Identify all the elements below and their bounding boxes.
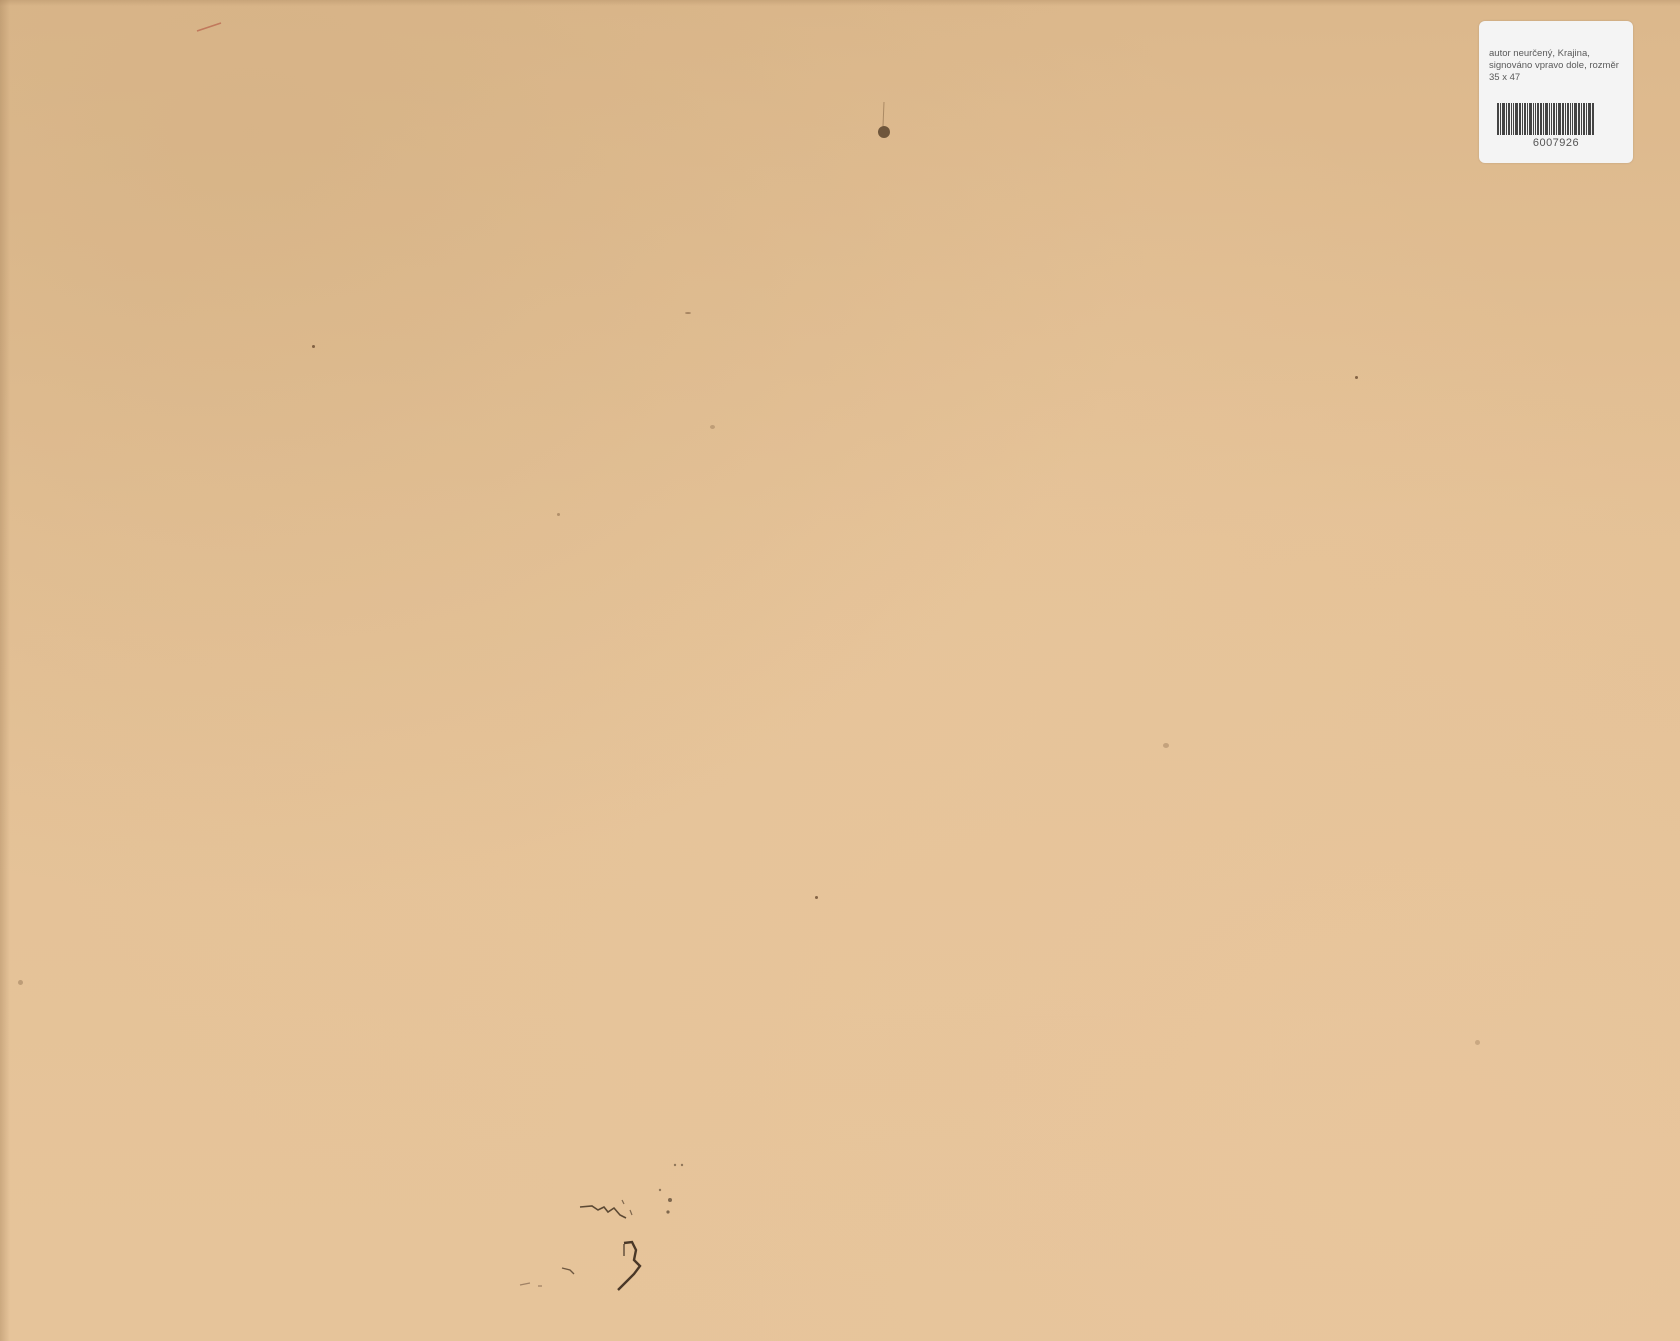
board-edge-top [0, 0, 1680, 6]
speck [312, 345, 315, 348]
speck [557, 513, 560, 516]
speck [685, 312, 691, 314]
speck [710, 425, 715, 429]
board-edge-left [0, 0, 10, 1341]
label-description: autor neurčený, Krajina, signováno vprav… [1489, 48, 1629, 84]
red-pencil-mark [195, 20, 225, 34]
speck [1475, 1040, 1480, 1045]
signature-marks [500, 1160, 700, 1300]
ink-mark [872, 100, 896, 144]
speck [815, 896, 818, 899]
cardboard-backing [0, 0, 1680, 1341]
speck [18, 980, 23, 985]
barcode-icon [1497, 103, 1609, 135]
inventory-label: autor neurčený, Krajina, signováno vprav… [1479, 21, 1633, 163]
speck [1163, 743, 1169, 748]
barcode-number: 6007926 [1479, 137, 1633, 149]
speck [1355, 376, 1358, 379]
